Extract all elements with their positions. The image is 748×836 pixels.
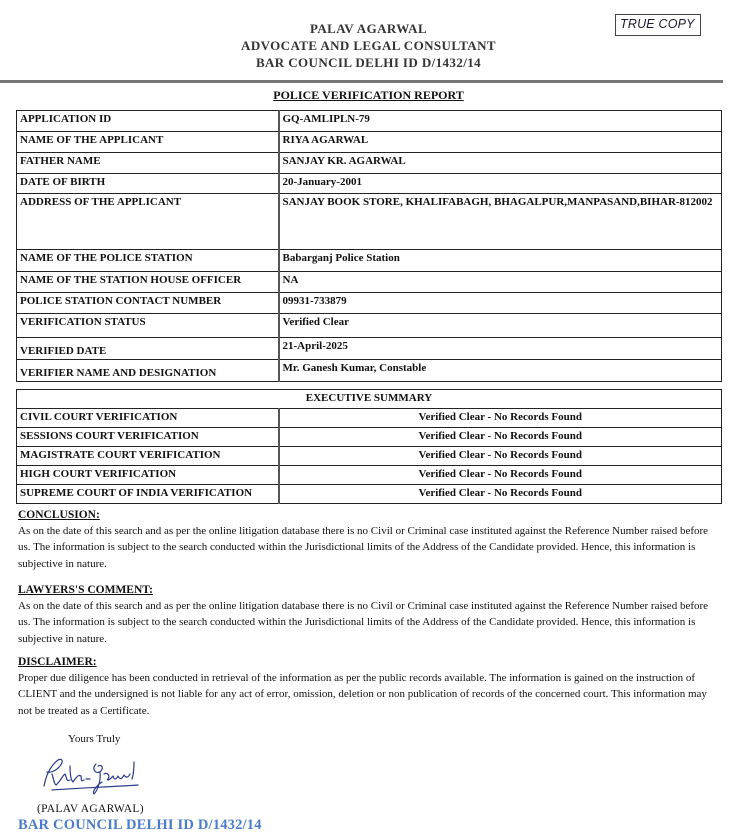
table-row: DATE OF BIRTH20-January-2001 xyxy=(17,174,722,194)
table-row: HIGH COURT VERIFICATIONVerified Clear - … xyxy=(17,466,722,485)
disclaimer-section: DISCLAIMER: Proper due diligence has bee… xyxy=(18,656,723,719)
field-label: FATHER NAME xyxy=(17,153,279,174)
true-copy-stamp: TRUE COPY xyxy=(615,14,701,36)
applicant-details-table: APPLICATION IDGQ-AMLIPLN-79 NAME OF THE … xyxy=(16,110,722,382)
field-label: NAME OF THE STATION HOUSE OFFICER xyxy=(17,272,279,293)
field-label: VERIFIED DATE xyxy=(17,338,279,360)
table-row: VERIFIED DATE21-April-2025 xyxy=(17,338,722,360)
table-row: NAME OF THE POLICE STATIONBabarganj Poli… xyxy=(17,250,722,272)
table-row: SESSIONS COURT VERIFICATIONVerified Clea… xyxy=(17,428,722,447)
table-row: NAME OF THE STATION HOUSE OFFICERNA xyxy=(17,272,722,293)
lawyers-comment-title: LAWYERS'S COMMENT: xyxy=(18,584,723,596)
table-row: VERIFIER NAME AND DESIGNATIONMr. Ganesh … xyxy=(17,360,722,382)
court-label: CIVIL COURT VERIFICATION xyxy=(17,409,279,428)
bar-council-id: BAR COUNCIL DELHI ID D/1432/14 xyxy=(0,54,737,71)
court-status: Verified Clear - No Records Found xyxy=(279,428,722,447)
closing-salutation: Yours Truly xyxy=(68,733,120,745)
table-row: FATHER NAMESANJAY KR. AGARWAL xyxy=(17,153,722,174)
field-value: SANJAY KR. AGARWAL xyxy=(279,153,722,174)
report-title: POLICE VERIFICATION REPORT xyxy=(0,88,737,103)
field-label: NAME OF THE POLICE STATION xyxy=(17,250,279,272)
court-label: MAGISTRATE COURT VERIFICATION xyxy=(17,447,279,466)
executive-summary-table: EXECUTIVE SUMMARY CIVIL COURT VERIFICATI… xyxy=(16,389,722,504)
disclaimer-title: DISCLAIMER: xyxy=(18,656,723,668)
court-label: SUPREME COURT OF INDIA VERIFICATION xyxy=(17,485,279,504)
field-value: Verified Clear xyxy=(279,314,722,338)
field-label: VERIFICATION STATUS xyxy=(17,314,279,338)
table-row: MAGISTRATE COURT VERIFICATIONVerified Cl… xyxy=(17,447,722,466)
lawyers-comment-section: LAWYERS'S COMMENT: As on the date of thi… xyxy=(18,584,723,647)
table-row: ADDRESS OF THE APPLICANTSANJAY BOOK STOR… xyxy=(17,194,722,250)
field-value: 09931-733879 xyxy=(279,293,722,314)
field-value: SANJAY BOOK STORE, KHALIFABAGH, BHAGALPU… xyxy=(279,194,722,250)
field-value: 20-January-2001 xyxy=(279,174,722,194)
table-header-row: EXECUTIVE SUMMARY xyxy=(17,390,722,409)
field-value: NA xyxy=(279,272,722,293)
lawyers-comment-body: As on the date of this search and as per… xyxy=(18,598,723,647)
field-label: VERIFIER NAME AND DESIGNATION xyxy=(17,360,279,382)
field-label: POLICE STATION CONTACT NUMBER xyxy=(17,293,279,314)
field-label: APPLICATION ID xyxy=(17,111,279,132)
advocate-designation: ADVOCATE AND LEGAL CONSULTANT xyxy=(0,37,737,54)
court-label: HIGH COURT VERIFICATION xyxy=(17,466,279,485)
court-status: Verified Clear - No Records Found xyxy=(279,466,722,485)
field-label: ADDRESS OF THE APPLICANT xyxy=(17,194,279,250)
court-status: Verified Clear - No Records Found xyxy=(279,409,722,428)
table-row: NAME OF THE APPLICANTRIYA AGARWAL xyxy=(17,132,722,153)
table-row: POLICE STATION CONTACT NUMBER09931-73387… xyxy=(17,293,722,314)
signatory-name: (PALAV AGARWAL) xyxy=(37,803,144,815)
table-row: SUPREME COURT OF INDIA VERIFICATIONVerif… xyxy=(17,485,722,504)
field-value: RIYA AGARWAL xyxy=(279,132,722,153)
header-divider xyxy=(0,80,723,83)
field-value: 21-April-2025 xyxy=(279,338,722,360)
conclusion-body: As on the date of this search and as per… xyxy=(18,523,723,572)
field-label: DATE OF BIRTH xyxy=(17,174,279,194)
signatory-bar-council-id: BAR COUNCIL DELHI ID D/1432/14 xyxy=(18,817,262,834)
disclaimer-body: Proper due diligence has been conducted … xyxy=(18,670,723,719)
field-value: GQ-AMLIPLN-79 xyxy=(279,111,722,132)
table-row: CIVIL COURT VERIFICATIONVerified Clear -… xyxy=(17,409,722,428)
court-status: Verified Clear - No Records Found xyxy=(279,485,722,504)
court-label: SESSIONS COURT VERIFICATION xyxy=(17,428,279,447)
table-row: VERIFICATION STATUSVerified Clear xyxy=(17,314,722,338)
field-value: Mr. Ganesh Kumar, Constable xyxy=(279,360,722,382)
field-value: Babarganj Police Station xyxy=(279,250,722,272)
conclusion-section: CONCLUSION: As on the date of this searc… xyxy=(18,509,723,572)
signature-image xyxy=(38,752,148,797)
conclusion-title: CONCLUSION: xyxy=(18,509,723,521)
table-row: APPLICATION IDGQ-AMLIPLN-79 xyxy=(17,111,722,132)
court-status: Verified Clear - No Records Found xyxy=(279,447,722,466)
executive-summary-title: EXECUTIVE SUMMARY xyxy=(17,390,722,409)
field-label: NAME OF THE APPLICANT xyxy=(17,132,279,153)
